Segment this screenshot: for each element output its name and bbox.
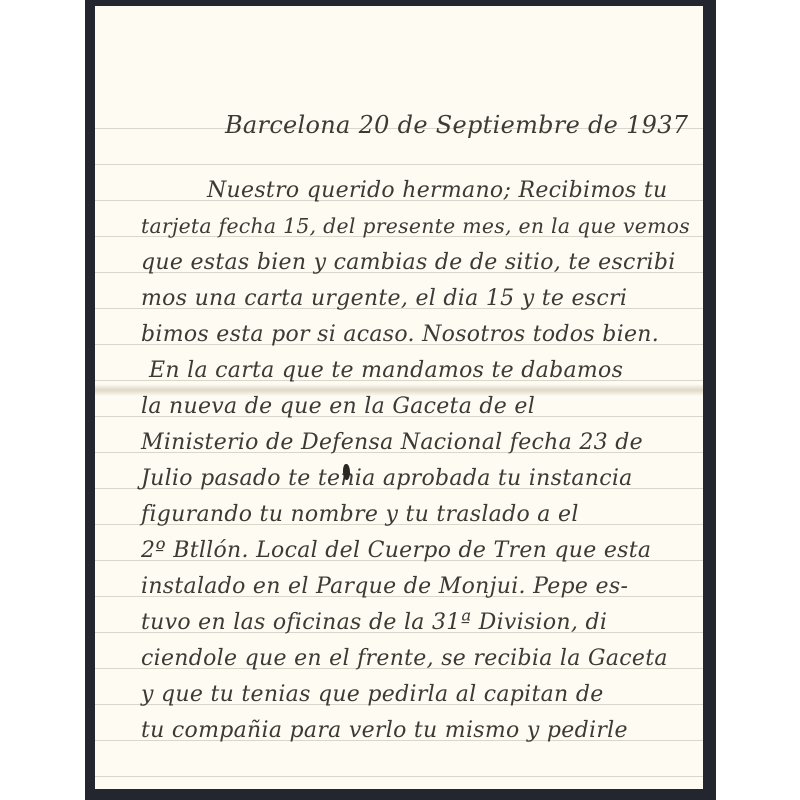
rule-line [95, 776, 703, 777]
letter-page: Barcelona 20 de Septiembre de 1937 Nuest… [95, 6, 703, 789]
letter-line: Ministerio de Defensa Nacional fecha 23 … [141, 430, 643, 455]
letter-line: tuvo en las oficinas de la 31ª Division,… [141, 610, 607, 635]
rule-line [95, 164, 703, 165]
letter-heading: Barcelona 20 de Septiembre de 1937 [225, 111, 688, 139]
letter-line: ciendole que en el frente, se recibia la… [141, 646, 668, 671]
letter-line: tu compañia para verlo tu mismo y pedirl… [141, 718, 628, 743]
letter-line: que estas bien y cambias de de sitio, te… [141, 250, 676, 275]
letter-line: bimos esta por si acaso. Nosotros todos … [141, 322, 659, 347]
letter-line: En la carta que te mandamos te dabamos [149, 358, 623, 383]
letter-line: Nuestro querido hermano; Recibimos tu [207, 178, 668, 203]
letter-line: instalado en el Parque de Monjui. Pepe e… [141, 574, 628, 599]
ink-blot [343, 464, 350, 480]
letter-line: tarjeta fecha 15, del presente mes, en l… [141, 214, 690, 238]
letter-line: 2º Btllón. Local del Cuerpo de Tren que … [141, 538, 651, 563]
letter-line: Julio pasado te tenia aprobada tu instan… [141, 466, 633, 491]
letter-line: la nueva de que en la Gaceta de el [141, 394, 535, 419]
letter-line: y que tu tenias que pedirla al capitan d… [141, 682, 604, 707]
letter-line: mos una carta urgente, el dia 15 y te es… [141, 286, 627, 311]
letter-line: figurando tu nombre y tu traslado a el [141, 502, 579, 527]
